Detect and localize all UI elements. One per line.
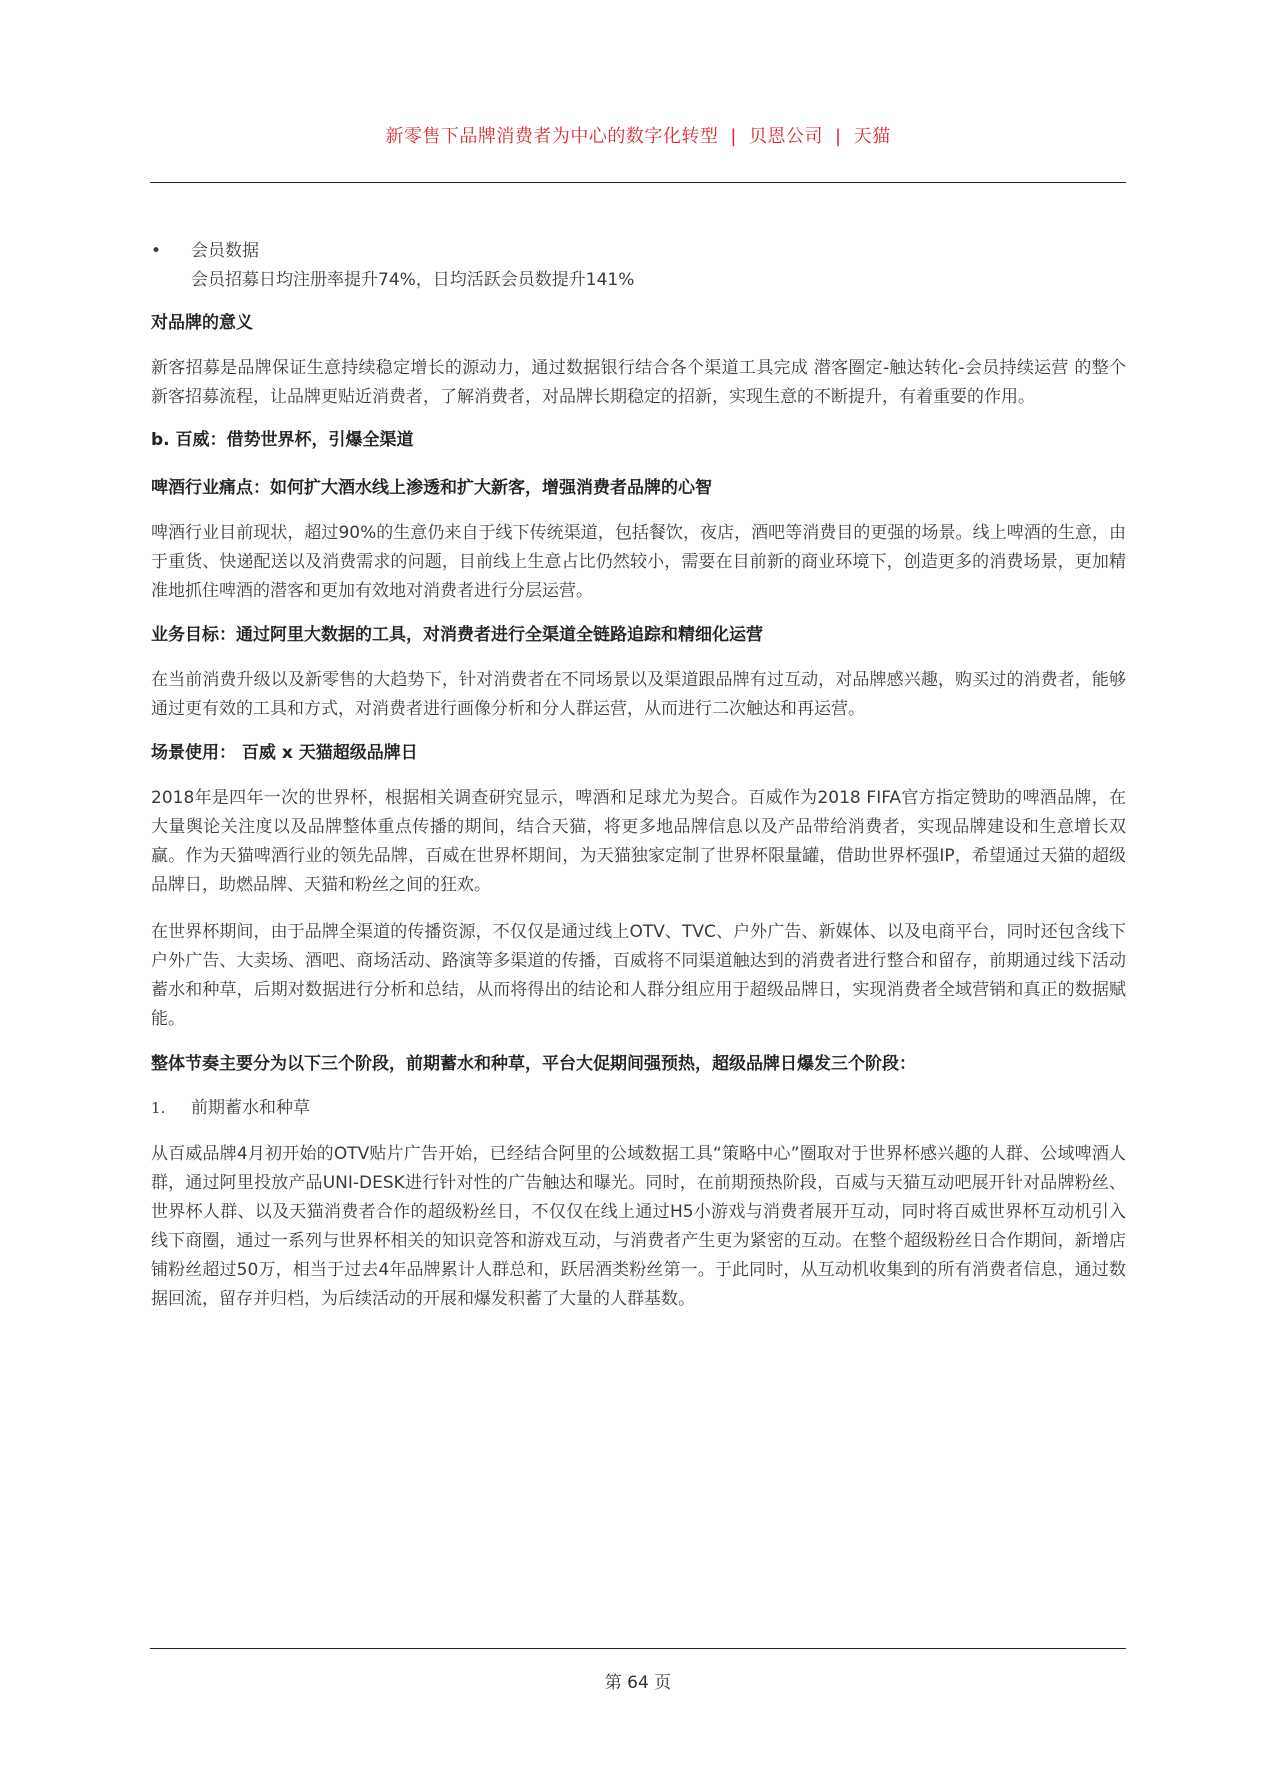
- header-partner: 天猫: [854, 126, 891, 147]
- phase-1-title: 前期蓄水和种草: [191, 1098, 310, 1118]
- pain-point-paragraph: 啤酒行业目前现状，超过90%的生意仍来自于线下传统渠道，包括餐饮，夜店，酒吧等消…: [151, 519, 1126, 606]
- bullet-icon: •: [151, 237, 181, 266]
- header-separator: |: [835, 123, 842, 151]
- business-goal-heading: 业务目标：通过阿里大数据的工具，对消费者进行全渠道全链路追踪和精细化运营: [151, 621, 1126, 649]
- page-body: • 会员数据 会员招募日均注册率提升74%，日均活跃会员数提升141% 对品牌的…: [151, 237, 1126, 1314]
- phase-1-item: 1. 前期蓄水和种草: [151, 1094, 1126, 1123]
- header-divider: [150, 182, 1126, 183]
- member-data-bullet: • 会员数据 会员招募日均注册率提升74%，日均活跃会员数提升141%: [151, 237, 1126, 295]
- scenario-paragraph-1: 2018年是四年一次的世界杯，根据相关调查研究显示，啤酒和足球尤为契合。百威作为…: [151, 784, 1126, 900]
- bullet-title: 会员数据: [191, 237, 1126, 266]
- page-number: 第 64 页: [150, 1670, 1126, 1696]
- bullet-text: 会员招募日均注册率提升74%，日均活跃会员数提升141%: [191, 266, 1126, 295]
- header-company: 贝恩公司: [749, 126, 823, 147]
- running-header: 新零售下品牌消费者为中心的数字化转型|贝恩公司|天猫: [150, 123, 1126, 151]
- phase-1-paragraph: 从百威品牌4月初开始的OTV贴片广告开始，已经结合阿里的公域数据工具“策略中心”…: [151, 1140, 1126, 1314]
- business-goal-paragraph: 在当前消费升级以及新零售的大趋势下，针对消费者在不同场景以及渠道跟品牌有过互动，…: [151, 666, 1126, 724]
- pain-point-heading: 啤酒行业痛点：如何扩大酒水线上渗透和扩大新客，增强消费者品牌的心智: [151, 474, 1126, 502]
- phase-1-number: 1.: [151, 1094, 165, 1123]
- phases-heading: 整体节奏主要分为以下三个阶段，前期蓄水和种草，平台大促期间强预热，超级品牌日爆发…: [151, 1050, 1126, 1078]
- brand-meaning-paragraph: 新客招募是品牌保证生意持续稳定增长的源动力，通过数据银行结合各个渠道工具完成 潜…: [151, 354, 1126, 412]
- footer-divider: [150, 1648, 1126, 1649]
- scenario-heading: 场景使用： 百威 x 天猫超级品牌日: [151, 739, 1126, 767]
- header-report-title: 新零售下品牌消费者为中心的数字化转型: [385, 126, 718, 147]
- header-separator: |: [730, 123, 737, 151]
- brand-meaning-heading: 对品牌的意义: [151, 309, 1126, 337]
- scenario-paragraph-2: 在世界杯期间，由于品牌全渠道的传播资源，不仅仅是通过线上OTV、TVC、户外广告…: [151, 918, 1126, 1034]
- case-b-heading: b. 百威：借势世界杯，引爆全渠道: [151, 426, 1126, 454]
